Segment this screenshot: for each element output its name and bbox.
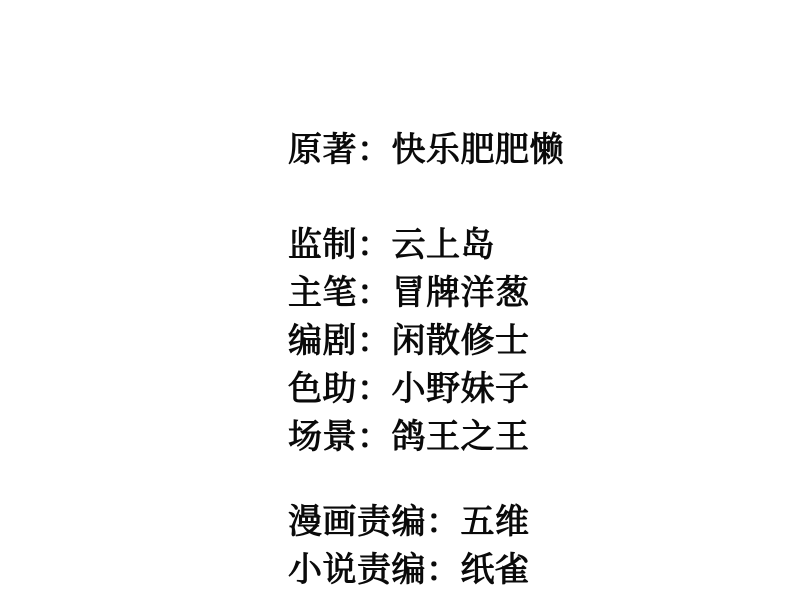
credit-line-novel-editor: 小说责编：纸雀 <box>288 546 564 594</box>
credits-group-original-work: 原著：快乐肥肥懒 <box>288 126 564 174</box>
credit-role-label: 监制： <box>288 226 392 264</box>
credit-line-original-author: 原著：快乐肥肥懒 <box>288 126 564 174</box>
credit-line-background-artist: 场景：鸽王之王 <box>288 413 564 461</box>
credit-role-label: 编剧： <box>288 322 392 360</box>
credits-group-production-staff: 监制：云上岛 主笔：冒牌洋葱 编剧：闲散修士 色助：小野妹子 场景：鸽王之王 <box>288 221 564 461</box>
credit-person-name: 五维 <box>461 503 530 541</box>
credit-person-name: 小野妹子 <box>392 370 530 408</box>
credits-group-editors: 漫画责编：五维 小说责编：纸雀 <box>288 498 564 594</box>
credit-line-screenwriter: 编剧：闲散修士 <box>288 317 564 365</box>
credit-line-color-assistant: 色助：小野妹子 <box>288 365 564 413</box>
credit-person-name: 快乐肥肥懒 <box>392 131 565 169</box>
credit-person-name: 闲散修士 <box>392 322 530 360</box>
credit-person-name: 鸽王之王 <box>392 418 530 456</box>
comic-credits-page: 原著：快乐肥肥懒 监制：云上岛 主笔：冒牌洋葱 编剧：闲散修士 色助：小野妹子 … <box>0 0 800 600</box>
credit-role-label: 主笔： <box>288 274 392 312</box>
credit-role-label: 原著： <box>288 131 392 169</box>
credit-line-lead-artist: 主笔：冒牌洋葱 <box>288 269 564 317</box>
credit-role-label: 色助： <box>288 370 392 408</box>
credit-person-name: 冒牌洋葱 <box>392 274 530 312</box>
credit-person-name: 云上岛 <box>392 226 496 264</box>
credit-role-label: 场景： <box>288 418 392 456</box>
credit-line-comic-editor: 漫画责编：五维 <box>288 498 564 546</box>
credits-block: 原著：快乐肥肥懒 监制：云上岛 主笔：冒牌洋葱 编剧：闲散修士 色助：小野妹子 … <box>288 126 564 594</box>
credit-line-supervisor: 监制：云上岛 <box>288 221 564 269</box>
credit-person-name: 纸雀 <box>461 551 530 589</box>
credit-role-label: 漫画责编： <box>288 503 461 541</box>
credit-role-label: 小说责编： <box>288 551 461 589</box>
